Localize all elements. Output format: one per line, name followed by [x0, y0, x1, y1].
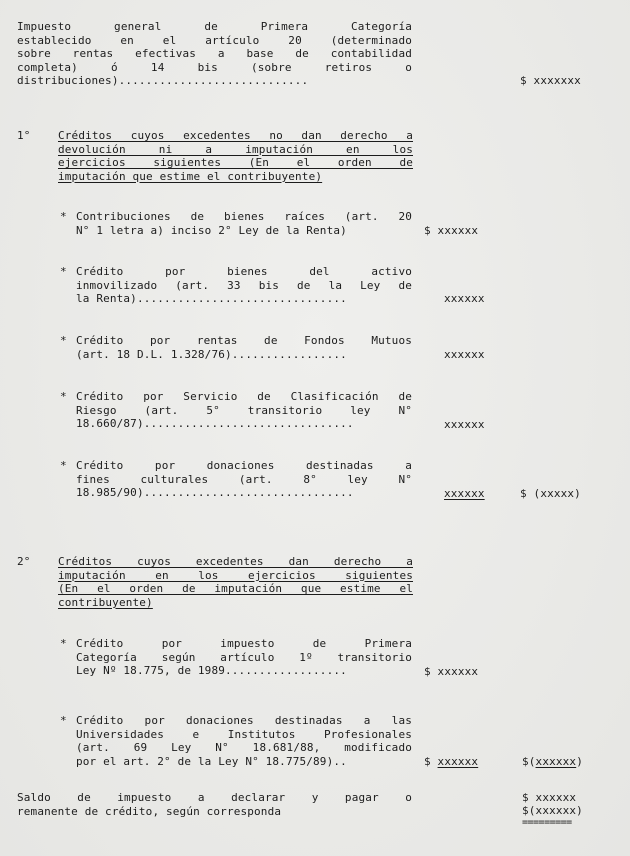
credit-item: Crédito por rentas de Fondos Mutuos (art…	[76, 334, 412, 361]
balance-line: Saldo de impuesto a declarar y pagar o	[17, 791, 412, 805]
intro-line: Impuesto general de Primera Categoría	[17, 20, 412, 34]
item-amount: xxxxxx	[444, 348, 485, 362]
balance-amount-positive: $ xxxxxx	[522, 791, 576, 805]
item-amount-subtotal: xxxxxx	[444, 487, 485, 501]
bullet-icon: *	[60, 210, 67, 224]
item-amount: xxxxxx	[444, 418, 485, 432]
intro-line: completa) ó 14 bis (sobre retiros o	[17, 61, 412, 75]
intro-text: Impuesto general de Primera Categoría es…	[17, 20, 412, 88]
item-line: (art. 69 Ley N° 18.681/88, modificado	[76, 741, 412, 755]
amount-value: xxxxxx	[438, 755, 479, 768]
item-line: Universidades e Institutos Profesionales	[76, 728, 412, 742]
heading-line: devolución ni a imputación en los	[58, 143, 413, 157]
heading-line: Créditos cuyos excedentes dan derecho a	[58, 555, 413, 569]
item-line: la Renta)...............................	[76, 292, 412, 306]
balance-text: Saldo de impuesto a declarar y pagar o r…	[17, 791, 412, 818]
item-line: (art. 18 D.L. 1.328/76).................	[76, 348, 412, 362]
balance-line: remanente de crédito, según corresponda	[17, 805, 412, 819]
bullet-icon: *	[60, 637, 67, 651]
section2-number: 2°	[17, 555, 31, 569]
item-line: Crédito por donaciones destinadas a	[76, 459, 412, 473]
currency-close: )	[576, 755, 583, 768]
item-line: Crédito por Servicio de Clasificación de	[76, 390, 412, 404]
total-value: xxxxxx	[536, 755, 577, 768]
document-page: Impuesto general de Primera Categoría es…	[0, 0, 630, 856]
currency-open: $(	[522, 755, 536, 768]
item-line: Crédito por rentas de Fondos Mutuos	[76, 334, 412, 348]
item-line: por el art. 2° de la Ley N° 18.775/89)..	[76, 755, 412, 769]
intro-line: sobre rentas efectivas a base de contabi…	[17, 47, 412, 61]
intro-line: distribuciones).........................…	[17, 74, 412, 88]
item-line: Contribuciones de bienes raíces (art. 20	[76, 210, 412, 224]
item-line: Crédito por impuesto de Primera	[76, 637, 412, 651]
section1-heading: Créditos cuyos excedentes no dan derecho…	[58, 129, 413, 183]
credit-item: Crédito por bienes del activo inmoviliza…	[76, 265, 412, 306]
item-amount: $ xxxxxx	[424, 224, 478, 238]
balance-amount-negative: $(xxxxxx)	[522, 804, 583, 818]
heading-line: (En el orden de imputación que estime el	[58, 582, 413, 596]
item-line: Ley Nº 18.775, de 1989..................	[76, 664, 412, 678]
bullet-icon: *	[60, 390, 67, 404]
item-line: fines culturales (art. 8° ley N°	[76, 473, 412, 487]
intro-line: establecido en el artículo 20 (determina…	[17, 34, 412, 48]
item-amount-subtotal: $ xxxxxx	[424, 755, 478, 769]
credit-item: Crédito por donaciones destinadas a las …	[76, 714, 412, 768]
section2-heading: Créditos cuyos excedentes dan derecho a …	[58, 555, 413, 609]
item-amount: $ xxxxxx	[424, 665, 478, 679]
heading-line: imputación que estime el contribuyente)	[58, 170, 413, 184]
credit-item: Contribuciones de bienes raíces (art. 20…	[76, 210, 412, 237]
credit-item: Crédito por impuesto de Primera Categorí…	[76, 637, 412, 678]
item-line: Crédito por donaciones destinadas a las	[76, 714, 412, 728]
double-underline-rule: =========	[522, 819, 572, 827]
bullet-icon: *	[60, 265, 67, 279]
bullet-icon: *	[60, 714, 67, 728]
section1-number: 1°	[17, 129, 31, 143]
currency-symbol: $	[424, 755, 438, 768]
heading-line: Créditos cuyos excedentes no dan derecho…	[58, 129, 413, 143]
heading-line: imputación en los ejercicios siguientes	[58, 569, 413, 583]
item-line: inmovilizado (art. 33 bis de la Ley de	[76, 279, 412, 293]
item-line: N° 1 letra a) inciso 2° Ley de la Renta)	[76, 224, 412, 238]
bullet-icon: *	[60, 459, 67, 473]
heading-line: contribuyente)	[58, 596, 413, 610]
bullet-icon: *	[60, 334, 67, 348]
item-amount: xxxxxx	[444, 292, 485, 306]
section1-total: $ (xxxxx)	[520, 487, 581, 501]
heading-line: ejercicios siguientes (En el orden de	[58, 156, 413, 170]
item-line: Crédito por bienes del activo	[76, 265, 412, 279]
item-line: Categoría según artículo 1º transitorio	[76, 651, 412, 665]
item-line: Riesgo (art. 5° transitorio ley N°	[76, 404, 412, 418]
credit-item: Crédito por Servicio de Clasificación de…	[76, 390, 412, 431]
credit-item: Crédito por donaciones destinadas a fine…	[76, 459, 412, 500]
section2-total: $(xxxxxx)	[522, 755, 583, 769]
intro-amount: $ xxxxxxx	[520, 74, 581, 88]
item-line: 18.660/87)..............................…	[76, 417, 412, 431]
item-line: 18.985/90)..............................…	[76, 486, 412, 500]
